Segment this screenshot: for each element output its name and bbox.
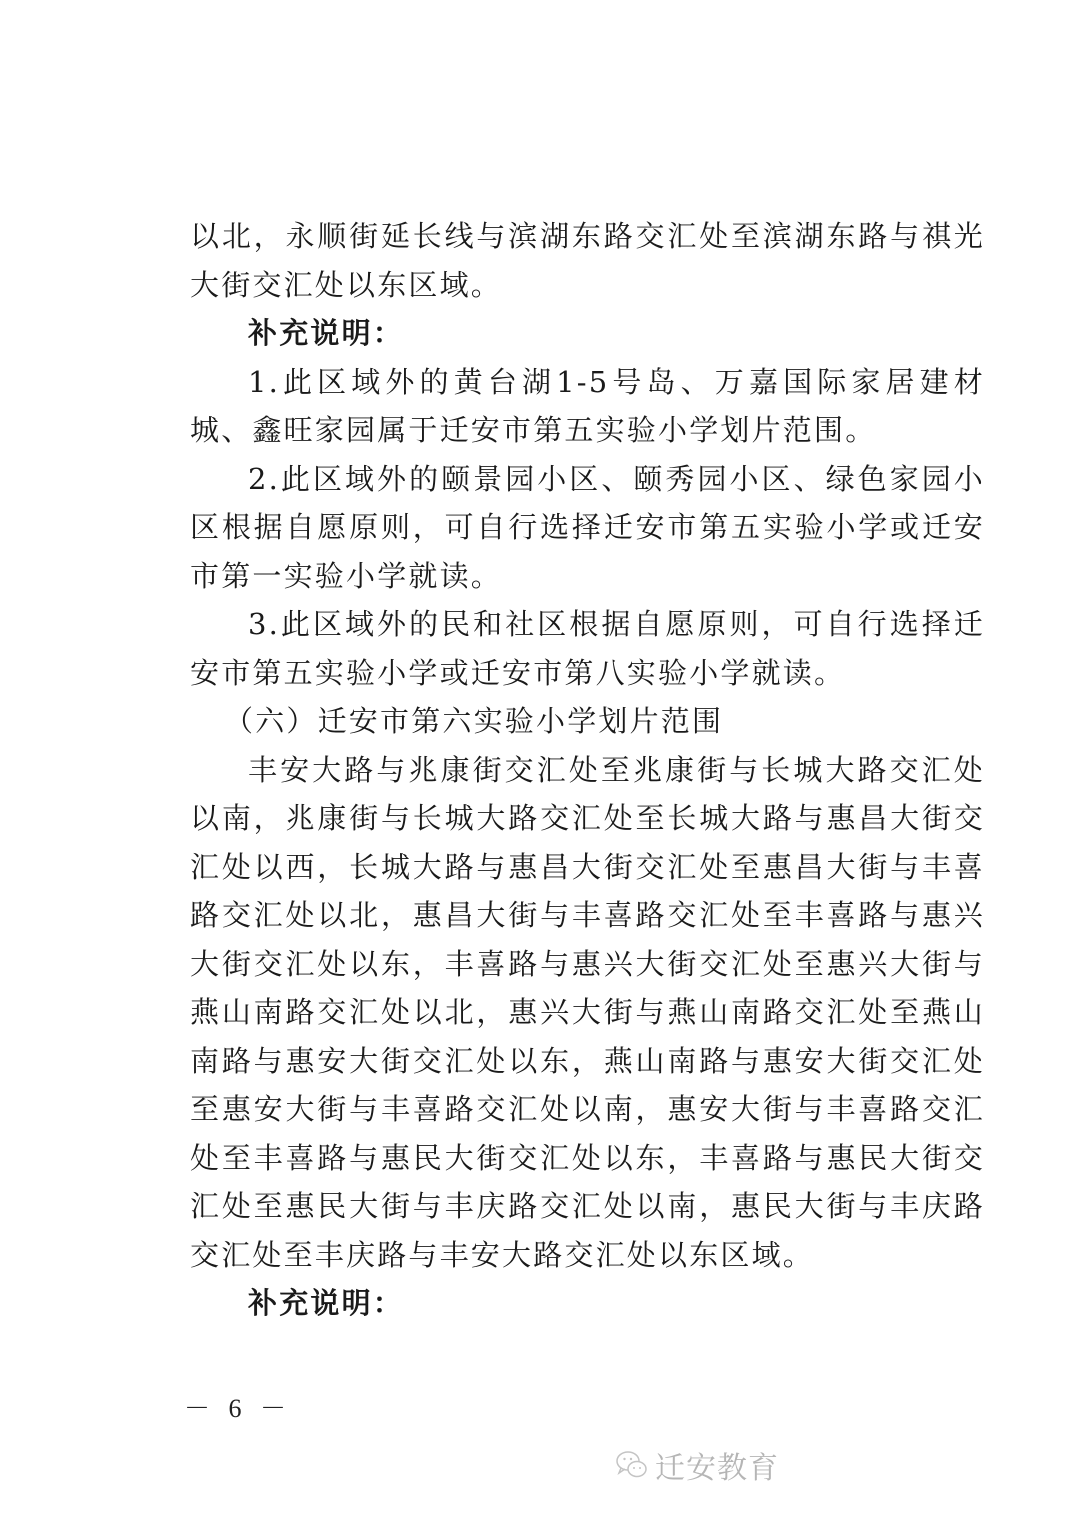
supplementary-item-2: 2.此区域外的颐景园小区、颐秀园小区、绿色家园小区根据自愿原则，可自行选择迁安市… xyxy=(190,455,985,601)
supplementary-item-1: 1.此区域外的黄台湖1-5号岛、万嘉国际家居建材城、鑫旺家园属于迁安市第五实验小… xyxy=(190,358,985,455)
wechat-icon xyxy=(615,1448,649,1482)
paragraph-continuation: 以北，永顺街延长线与滨湖东路交汇处至滨湖东路与祺光大街交汇处以东区域。 xyxy=(190,212,985,309)
watermark-text: 迁安教育 xyxy=(655,1443,779,1487)
zone-boundary-description: 丰安大路与兆康街交汇处至兆康街与长城大路交汇处以南，兆康街与长城大路交汇处至长城… xyxy=(190,746,985,1280)
supplementary-item-3: 3.此区域外的民和社区根据自愿原则，可自行选择迁安市第五实验小学或迁安市第八实验… xyxy=(190,600,985,697)
watermark: 迁安教育 xyxy=(615,1440,779,1490)
document-body: 以北，永顺街延长线与滨湖东路交汇处至滨湖东路与祺光大街交汇处以东区域。 补充说明… xyxy=(190,212,985,1328)
supplementary-note-heading-2: 补充说明： xyxy=(190,1279,985,1328)
page-number: － 6 － xyxy=(184,1388,292,1425)
supplementary-note-heading: 补充说明： xyxy=(190,309,985,358)
section-heading-six: （六）迁安市第六实验小学划片范围 xyxy=(190,697,985,746)
